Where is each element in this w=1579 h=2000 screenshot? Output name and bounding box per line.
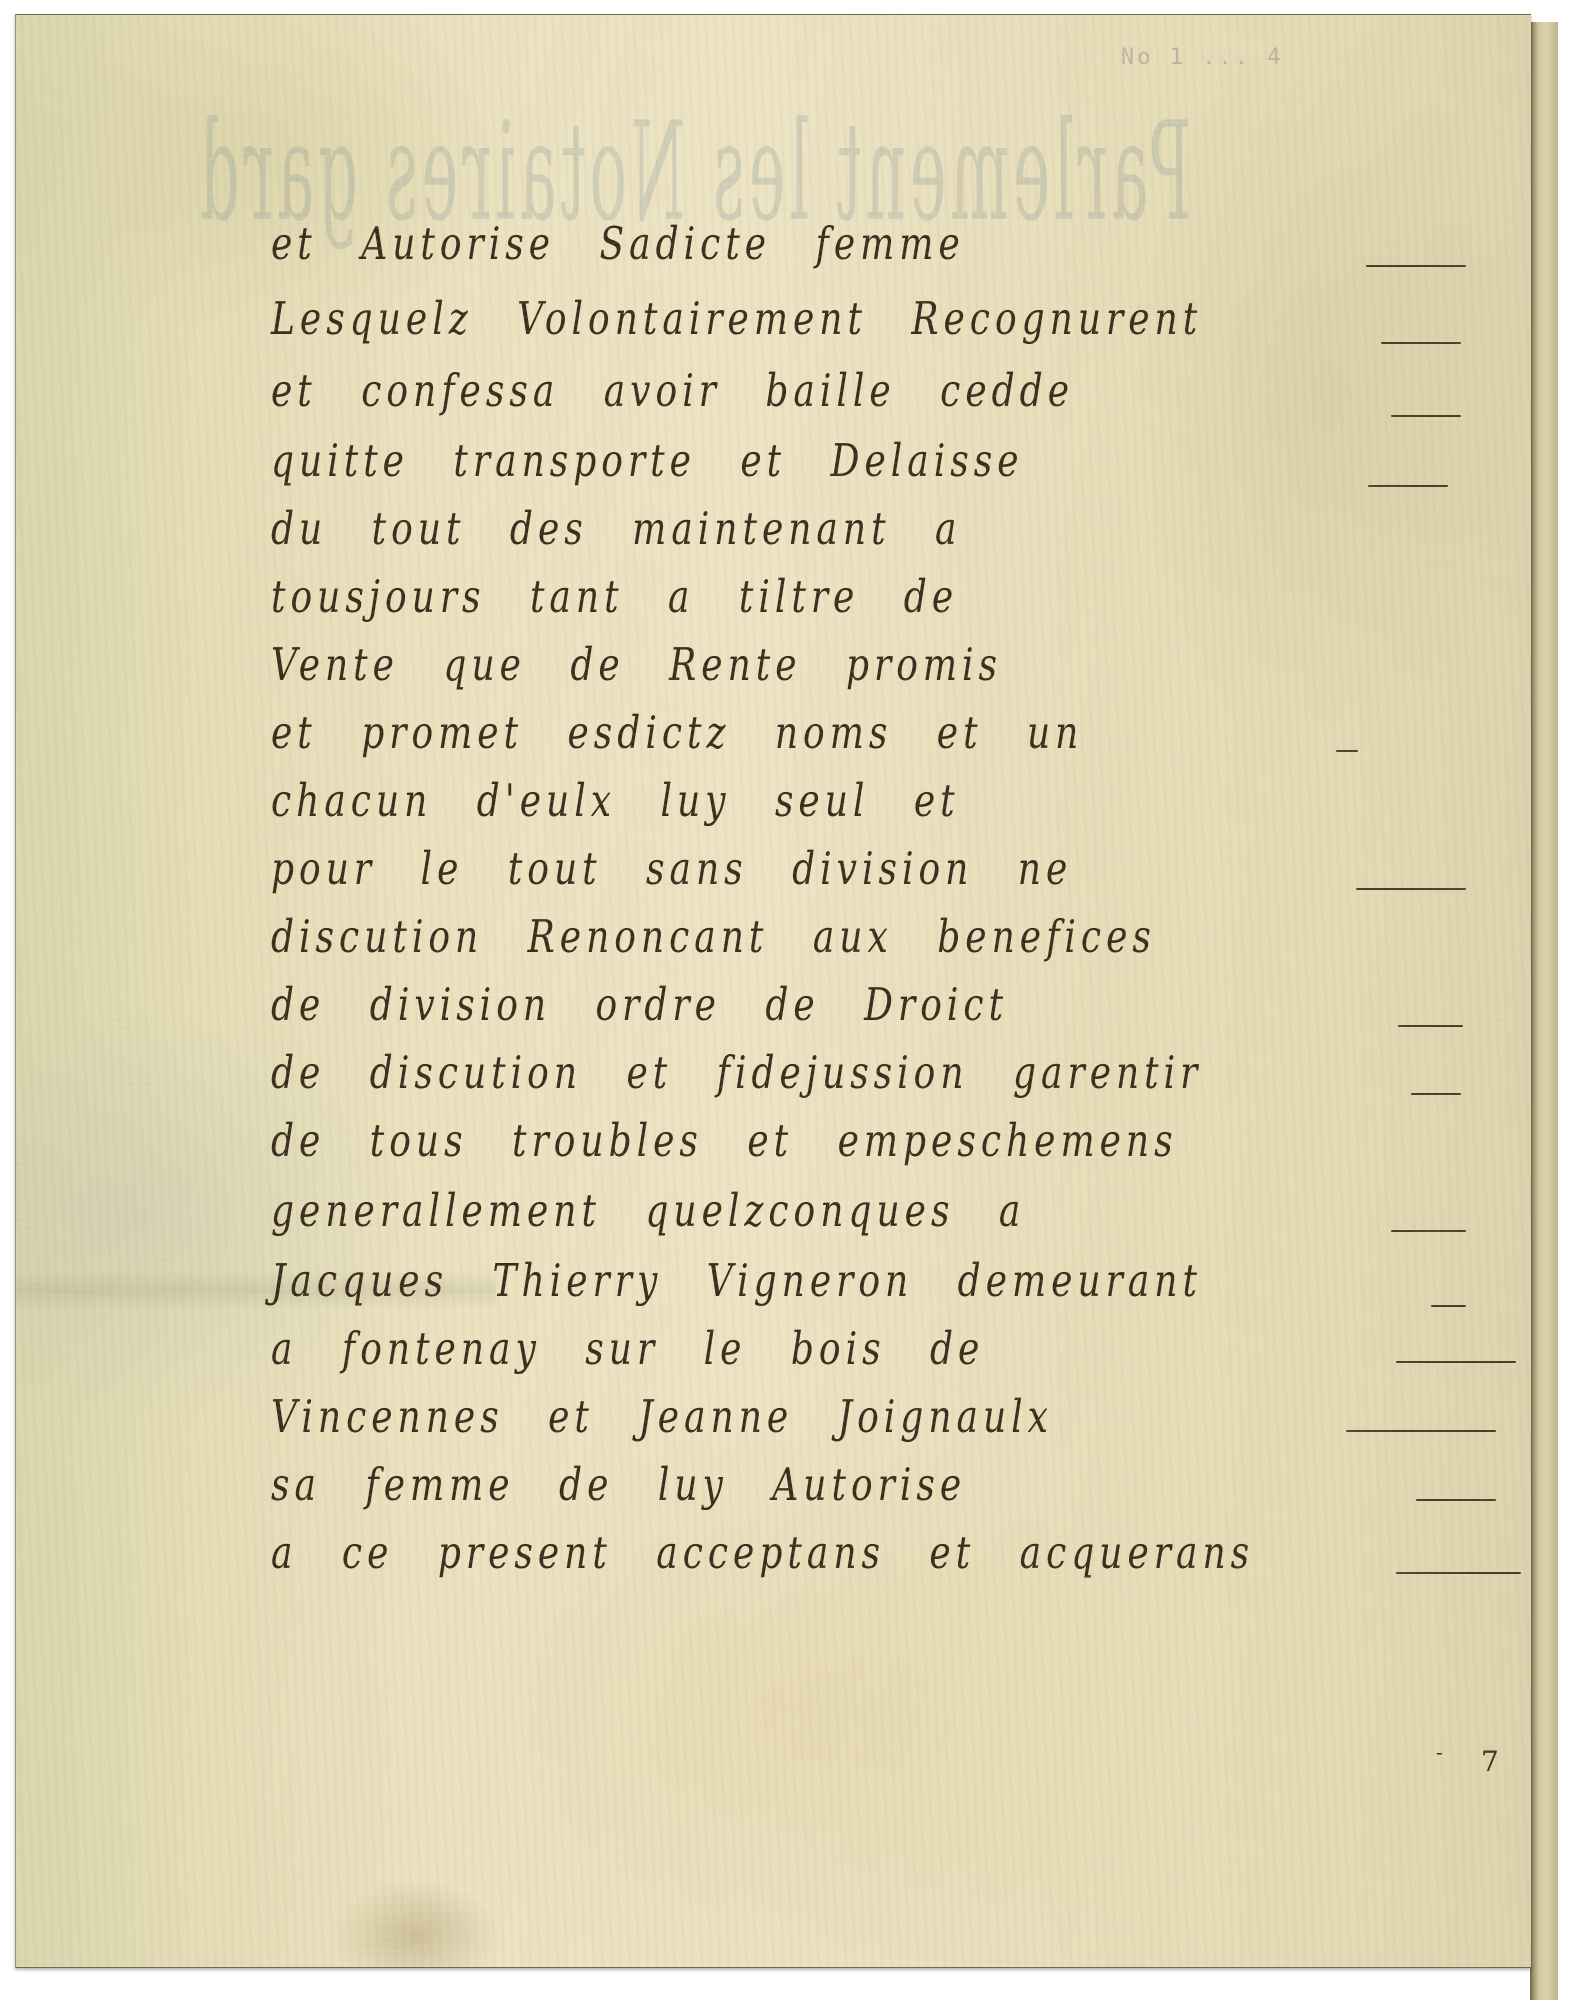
manuscript-text: et Autorise Sadicte femme Lesquelz Volon…	[16, 15, 1531, 1967]
manuscript-line: Jacques Thierry Vigneron demeurant	[271, 1247, 1202, 1307]
line-filler-dash	[1391, 1230, 1466, 1232]
manuscript-line: chacun d'eulx luy seul et	[271, 767, 960, 827]
manuscript-line: Vincennes et Jeanne Joignaulx	[271, 1383, 1053, 1443]
manuscript-line: quitte transporte et Delaisse	[271, 427, 1024, 487]
line-filler-dash	[1381, 342, 1461, 344]
line-filler-dash	[1346, 1430, 1496, 1432]
line-filler-dash	[1391, 415, 1461, 417]
line-filler-dash	[1366, 265, 1466, 267]
line-filler-dash	[1431, 1305, 1466, 1307]
margin-mark: 7	[1481, 1745, 1499, 1778]
line-filler-dash	[1368, 485, 1448, 487]
manuscript-line: tousjours tant a tiltre de	[271, 563, 958, 623]
line-filler-dash	[1396, 1361, 1516, 1363]
margin-mark: -	[1436, 1740, 1443, 1764]
manuscript-line: et Autorise Sadicte femme	[271, 210, 965, 270]
line-filler-dash	[1398, 1025, 1463, 1027]
line-filler-dash	[1416, 1499, 1496, 1501]
manuscript-line: a ce present acceptans et acquerans	[271, 1519, 1254, 1579]
manuscript-line: Vente que de Rente promis	[271, 631, 1002, 691]
line-filler-dash	[1356, 888, 1466, 890]
manuscript-line: de discution et fidejussion garentir	[271, 1039, 1202, 1099]
manuscript-line: et promet esdictz noms et un	[271, 699, 1083, 759]
manuscript-line: sa femme de luy Autorise	[271, 1451, 966, 1511]
manuscript-line: a fontenay sur le bois de	[271, 1315, 984, 1375]
manuscript-line: pour le tout sans division ne	[271, 835, 1072, 895]
line-filler-dash	[1336, 750, 1358, 752]
binding-strip	[1530, 22, 1558, 2000]
manuscript-line: discution Renoncant aux benefices	[271, 903, 1156, 963]
scanned-page: Parlement les Notaires gard No 1 ... 4 e…	[0, 0, 1579, 2000]
line-filler-dash	[1396, 1572, 1521, 1574]
manuscript-line: de division ordre de Droict	[271, 971, 1008, 1031]
manuscript-line: de tous troubles et empeschemens	[271, 1107, 1178, 1167]
line-filler-dash	[1411, 1093, 1461, 1095]
manuscript-line: et confessa avoir baille cedde	[271, 357, 1074, 417]
manuscript-line: du tout des maintenant a	[271, 495, 961, 555]
parchment-sheet: Parlement les Notaires gard No 1 ... 4 e…	[15, 14, 1531, 1968]
manuscript-line: Lesquelz Volontairement Recognurent	[271, 285, 1202, 345]
manuscript-line: generallement quelzconques a	[271, 1177, 1025, 1237]
